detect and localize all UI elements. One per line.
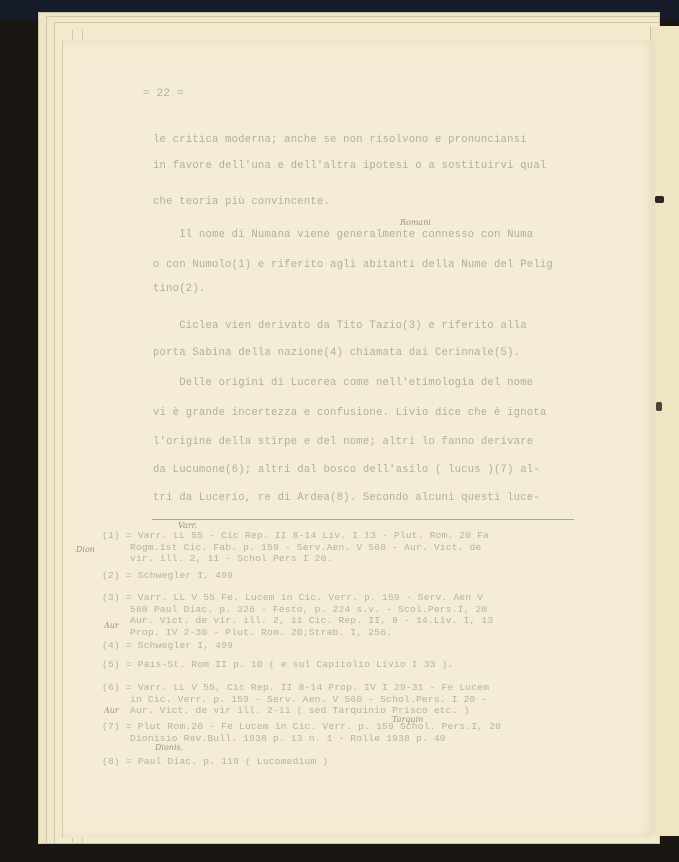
handwritten-annotation: Aur <box>104 706 119 715</box>
footnote-line: Prop. IV 2-30 - Plut. Rom. 20;Strab. I, … <box>130 627 392 638</box>
footnote-line: (5) = Pais-St. Rom II p. 10 ( e sul Capi… <box>102 659 453 670</box>
handwritten-annotation: Dionis. <box>155 743 183 752</box>
footnote-line: (8) = Paul Diac. p. 119 ( Lucomedium ) <box>102 756 328 767</box>
body-line: tri da Lucerio, re di Ardea(8). Secondo … <box>153 492 540 504</box>
body-line: Ciclea vien derivato da Tito Tazio(3) e … <box>153 320 527 332</box>
footnote-line: Rogm.1st Cic. Fab. p. 159 - Serv.Aen. V … <box>130 542 481 553</box>
footnote-line: (3) = Varr. LL V 55 Fe. Lucem in Cic. Ve… <box>102 592 483 603</box>
binding-staple <box>656 402 662 411</box>
footnote-line: Dionisio Rev.Bull. 1938 p. 13 n. 1 - Rol… <box>130 733 446 744</box>
body-line: porta Sabina della nazione(4) chiamata d… <box>153 347 520 359</box>
footnote-line: (6) = Varr. LL V 55, Cic Rep. II 8-14 Pr… <box>102 682 489 693</box>
handwritten-annotation: Varr. <box>178 521 197 530</box>
page-number: = 22 = <box>143 88 184 100</box>
body-line: da Lucumone(6); altri dal bosco dell'asi… <box>153 464 540 476</box>
footnote-line: Aur. Vict. de vir. ill. 2, 11 Cic. Rep. … <box>130 615 493 626</box>
footnote-line: (2) = Schwegler I, 499 <box>102 570 233 581</box>
body-line: Il nome di Numana viene generalmente con… <box>153 229 533 241</box>
footnote-line: (7) = Plut Rom.20 - Fe Lucem in Cic. Ver… <box>102 721 501 732</box>
footnote-line: in Cic. Verr. p. 159 - Serv. Aen. V 560 … <box>130 694 487 705</box>
footnote-line: (4) = Schwegler I, 499 <box>102 640 233 651</box>
footnote-line: (1) = Varr. LL 55 - Cic Rep. II 8-14 Liv… <box>102 530 489 541</box>
footnote-line: 560 Paul Diac. p. 326 - Festo, p. 224 s.… <box>130 604 487 615</box>
handwritten-annotation: Dion <box>76 545 95 554</box>
handwritten-annotation: Romani <box>400 218 431 227</box>
body-line: vi è grande incertezza e confusione. Liv… <box>153 407 546 419</box>
handwritten-annotation: Tarquin <box>392 715 423 724</box>
body-line: tino(2). <box>153 283 205 295</box>
body-line: l'origine della stirpe e del nome; altri… <box>153 436 533 448</box>
body-line: Delle origini di Lucerea come nell'etimo… <box>153 377 533 389</box>
footnote-rule <box>152 519 574 520</box>
body-line: in favore dell'una e dell'altra ipotesi … <box>153 160 546 172</box>
body-line: o con Numolo(1) e riferito agli abitanti… <box>153 259 553 271</box>
body-line: che teoria più convincente. <box>153 196 330 208</box>
footnote-line: vir. ill. 2, 11 - Schol Pers I 20. <box>130 553 333 564</box>
binding-staple <box>655 196 664 203</box>
body-line: le critica moderna; anche se non risolvo… <box>153 134 527 146</box>
handwritten-annotation: Aur <box>104 621 119 630</box>
